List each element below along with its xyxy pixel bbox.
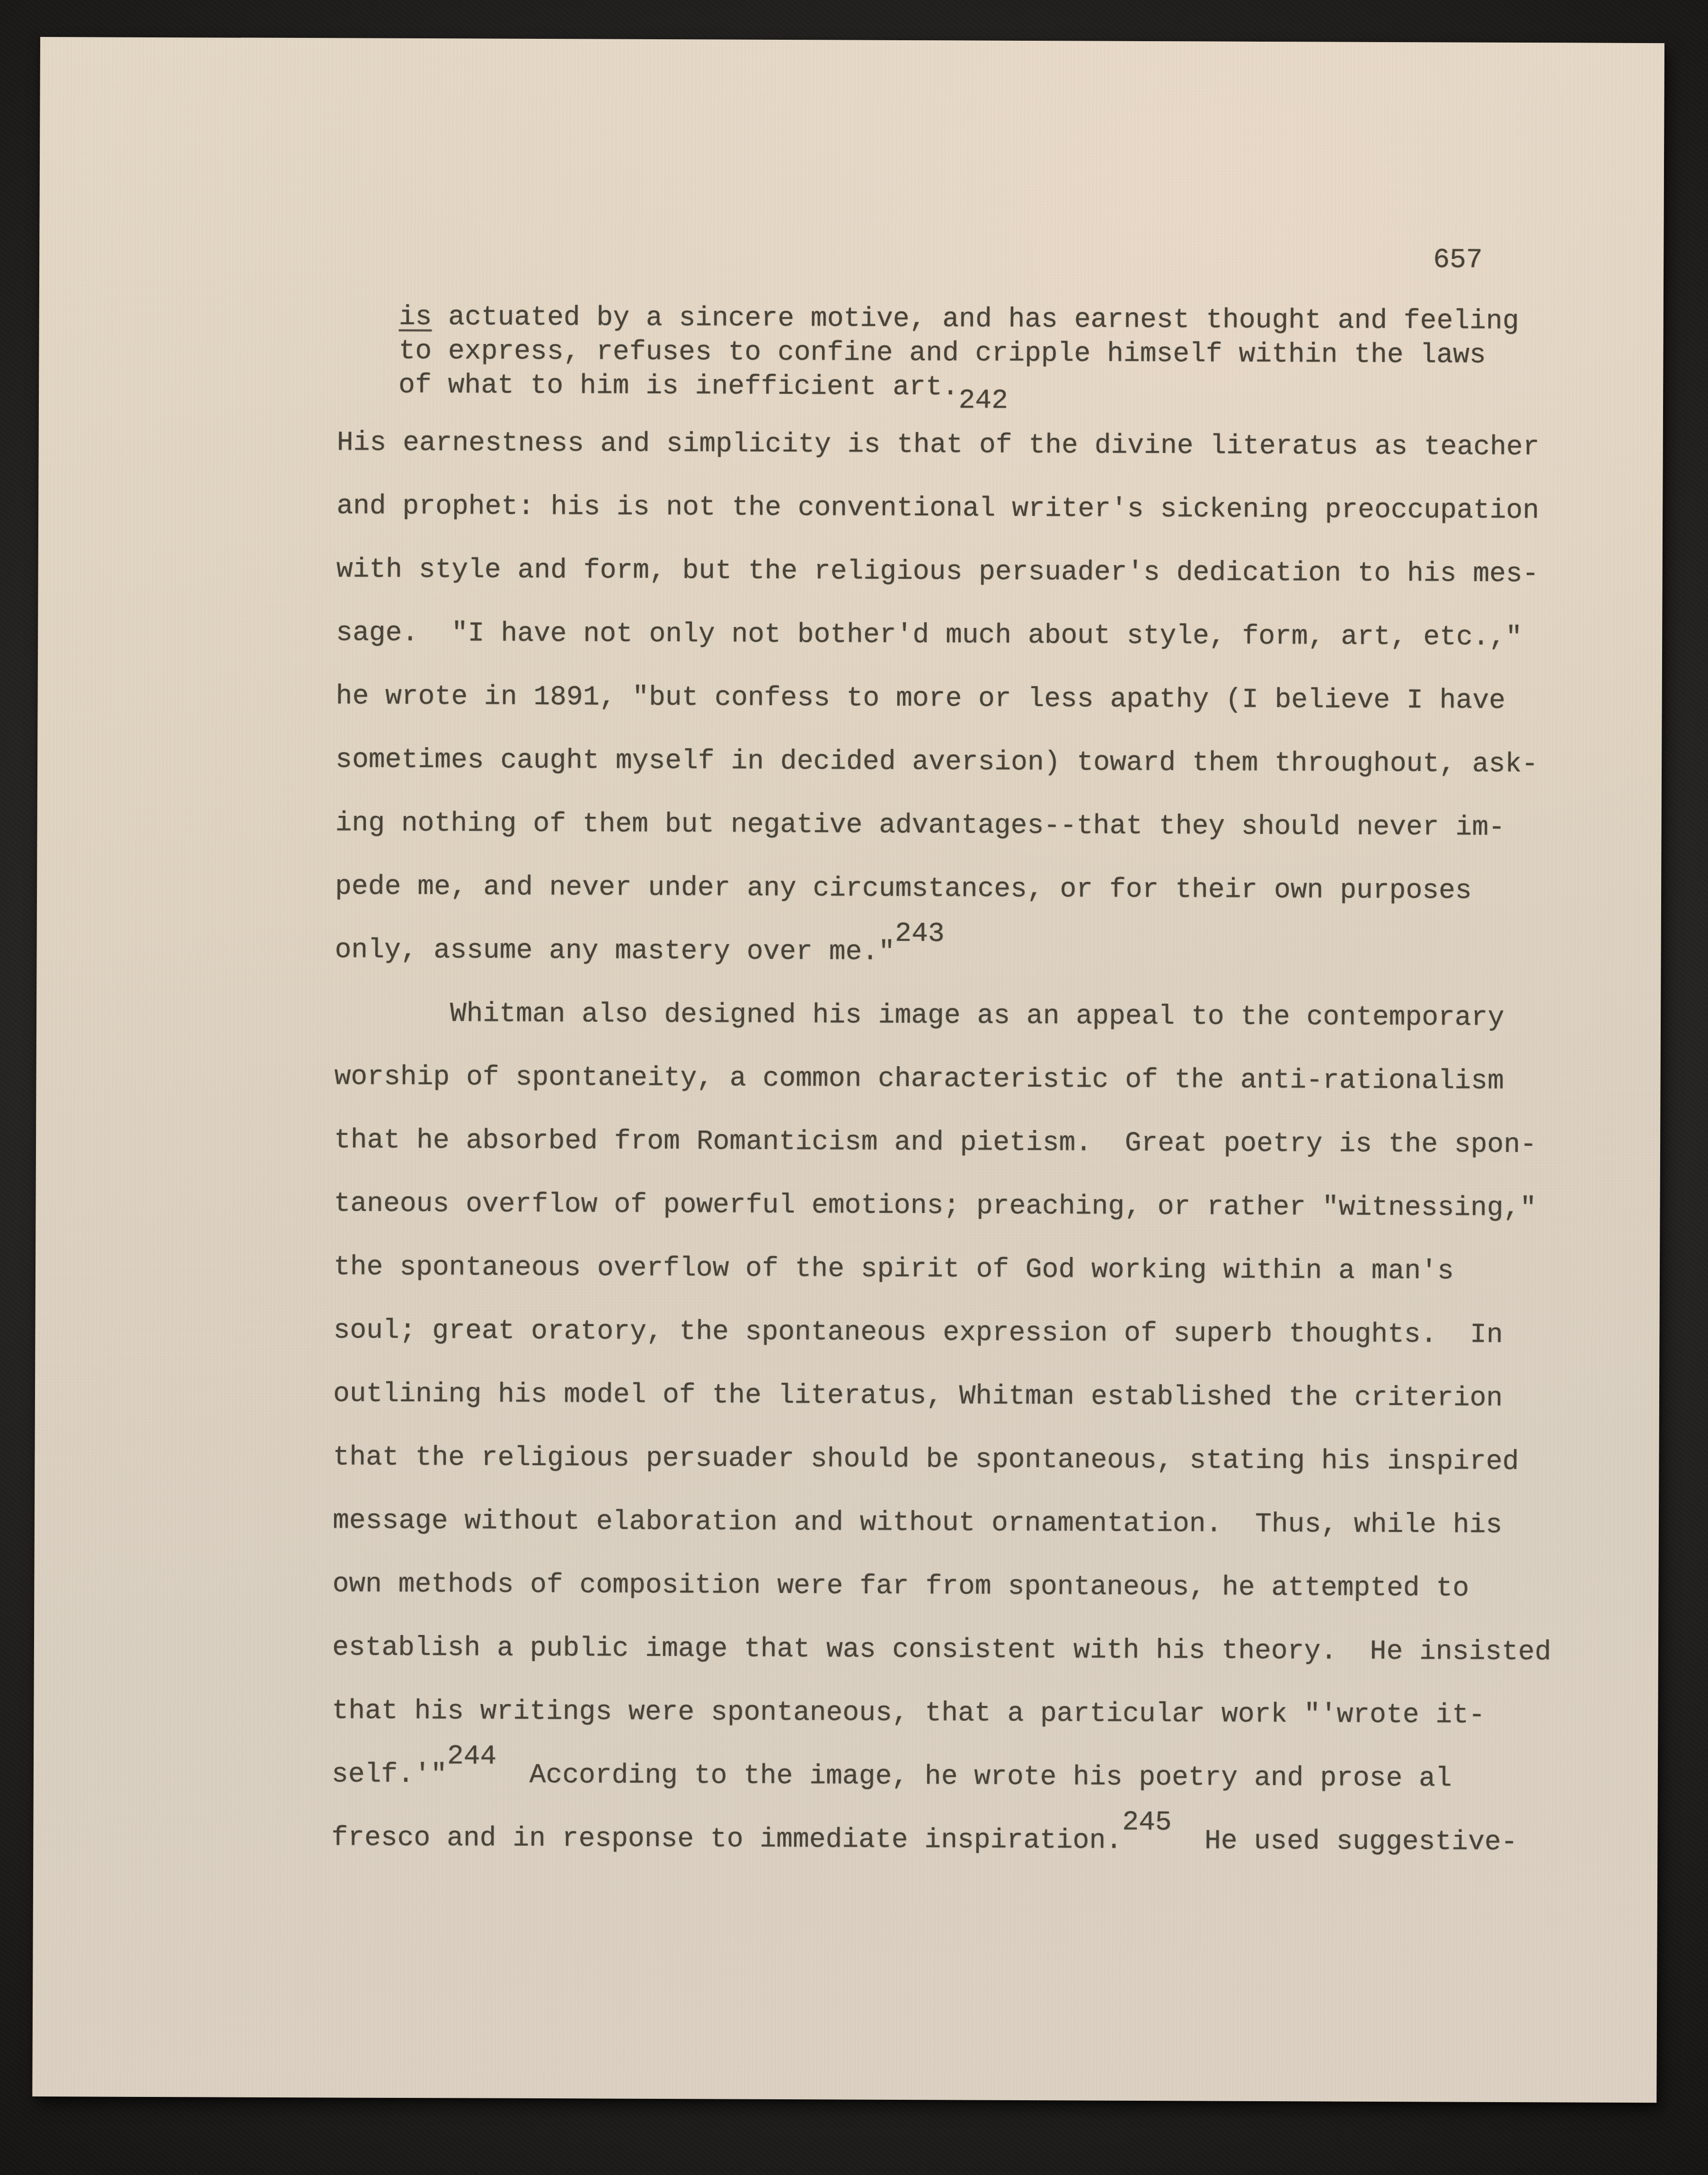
text-line: that his writings were spontaneous, that… — [332, 1680, 1551, 1748]
text-line: soul; great oratory, the spontaneous exp… — [333, 1299, 1552, 1367]
text-line: outlining his model of the literatus, Wh… — [333, 1362, 1552, 1431]
text-line: worship of spontaneity, a common charact… — [334, 1045, 1553, 1114]
block-quote: is actuated by a sincere motive, and has… — [398, 301, 1519, 407]
blockquote-line: is actuated by a sincere motive, and has… — [399, 301, 1519, 339]
footnote-ref: 245 — [1122, 1807, 1172, 1838]
text-line: own methods of composition were far from… — [332, 1553, 1551, 1621]
underlined-word: is — [399, 302, 432, 333]
page-number: 657 — [1433, 247, 1483, 274]
text-line: taneous overflow of powerful emotions; p… — [334, 1172, 1553, 1240]
text-line: self.'"244 According to the image, he wr… — [332, 1743, 1551, 1811]
text-line: he wrote in 1891, "but confess to more o… — [336, 665, 1555, 733]
text-line: His earnestness and simplicity is that o… — [336, 411, 1556, 479]
text-line: message without elaboration and without … — [333, 1489, 1552, 1557]
footnote-ref: 244 — [447, 1741, 497, 1772]
paper-sheet: 657 is actuated by a sincere motive, and… — [32, 37, 1664, 2103]
text-line: establish a public image that was consis… — [332, 1616, 1551, 1684]
text-line: and prophet: his is not the conventional… — [336, 475, 1556, 543]
text-line: the spontaneous overflow of the spirit o… — [334, 1236, 1553, 1304]
blockquote-line: of what to him is inefficient art.242 — [398, 369, 1519, 407]
footnote-ref: 242 — [958, 385, 1008, 416]
text-line: sage. "I have not only not bother'd much… — [336, 601, 1555, 670]
text-line: only, assume any mastery over me."243 — [335, 919, 1554, 987]
text-line: that the religious persuader should be s… — [333, 1426, 1552, 1494]
text-line: Whitman also designed his image as an ap… — [335, 982, 1554, 1050]
scan-backdrop: 657 is actuated by a sincere motive, and… — [0, 0, 1708, 2175]
text-line: fresco and in response to immediate insp… — [331, 1806, 1550, 1874]
blockquote-line: to express, refuses to confine and cripp… — [398, 335, 1519, 373]
text-line: with style and form, but the religious p… — [336, 538, 1555, 606]
text-line: sometimes caught myself in decided avers… — [336, 728, 1555, 796]
text-line: that he absorbed from Romanticism and pi… — [334, 1109, 1553, 1177]
text-line: ing nothing of them but negative advanta… — [335, 792, 1554, 860]
body-text: His earnestness and simplicity is that o… — [331, 411, 1556, 1874]
footnote-ref: 243 — [895, 919, 945, 949]
text-line: pede me, and never under any circumstanc… — [335, 855, 1554, 923]
